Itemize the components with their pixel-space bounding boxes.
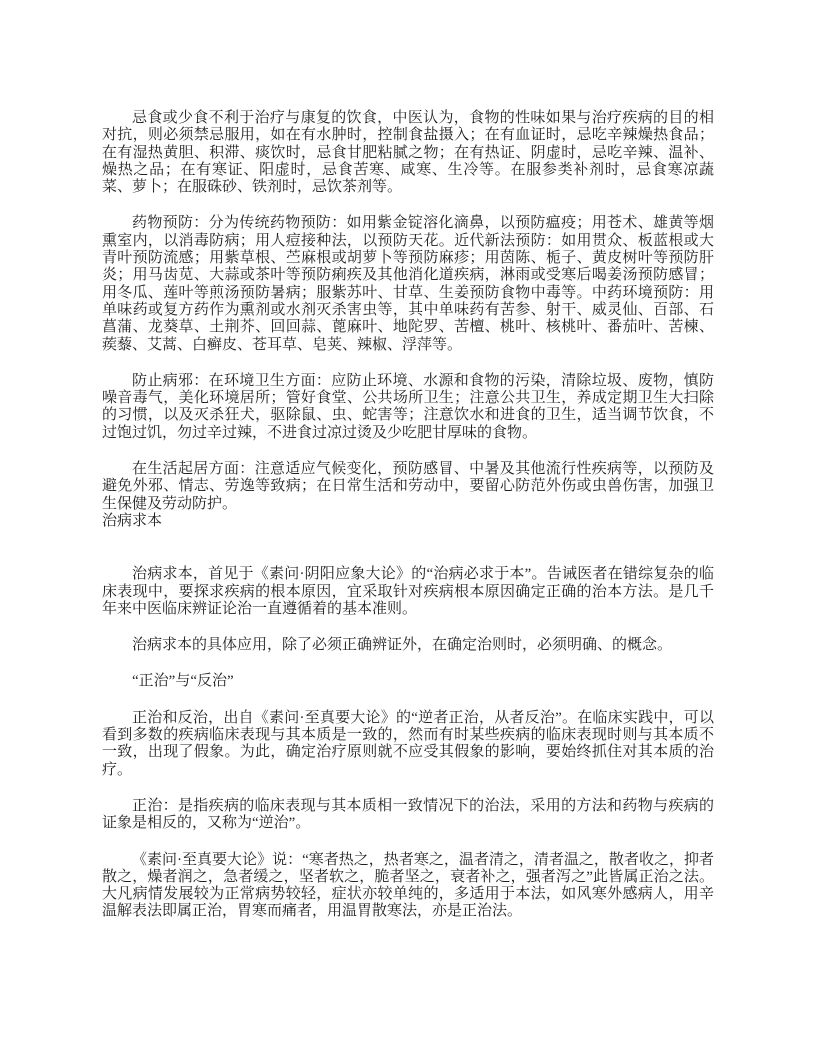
paragraph-dietary-contraindications: 忌食或少食不利于治疗与康复的饮食，中医认为，食物的性味如果与治疗疾病的目的相对抗… bbox=[102, 110, 714, 196]
paragraph-zhibing-qiuben-application: 治病求本的具体应用，除了必须正确辨证外，在确定治则时，必须明确、的概念。 bbox=[102, 637, 714, 654]
paragraph-pathogen-prevention: 防止病邪：在环境卫生方面：应防止环境、水源和食物的污染，清除垃圾、废物，慎防噪音… bbox=[102, 373, 714, 442]
document-body: 忌食或少食不利于治疗与康复的饮食，中医认为，食物的性味如果与治疗疾病的目的相对抗… bbox=[102, 110, 714, 921]
document-page: 忌食或少食不利于治疗与康复的饮食，中医认为，食物的性味如果与治疗疾病的目的相对抗… bbox=[0, 0, 816, 1056]
paragraph-suwen-quote: 《素问·至真要大论》说：“寒者热之，热者寒之，温者清之，清者温之，散者收之，抑者… bbox=[102, 852, 714, 921]
subheading-zhengzhi-fanzhi: “正治”与“反治” bbox=[102, 673, 714, 690]
paragraph-zhengzhi-definition: 正治：是指疾病的临床表现与其本质相一致情况下的治法，采用的方法和药物与疾病的证象… bbox=[102, 798, 714, 833]
paragraph-zhengzhi-fanzhi-origin: 正治和反治，出自《素问·至真要大论》的“逆者正治，从者反治”。在临床实践中，可以… bbox=[102, 710, 714, 779]
paragraph-drug-prevention: 药物预防：分为传统药物预防：如用紫金锭溶化滴鼻，以预防瘟疫；用苍术、雄黄等烟熏室… bbox=[102, 215, 714, 353]
paragraph-daily-life: 在生活起居方面：注意适应气候变化，预防感冒、中暑及其他流行性疾病等，以预防及避免… bbox=[102, 461, 714, 513]
section-heading-zhibing-qiuben: 治病求本 bbox=[102, 513, 714, 530]
paragraph-zhibing-qiuben-origin: 治病求本，首见于《素问·阴阳应象大论》的“治病必求于本”。告诫医者在错综复杂的临… bbox=[102, 566, 714, 618]
